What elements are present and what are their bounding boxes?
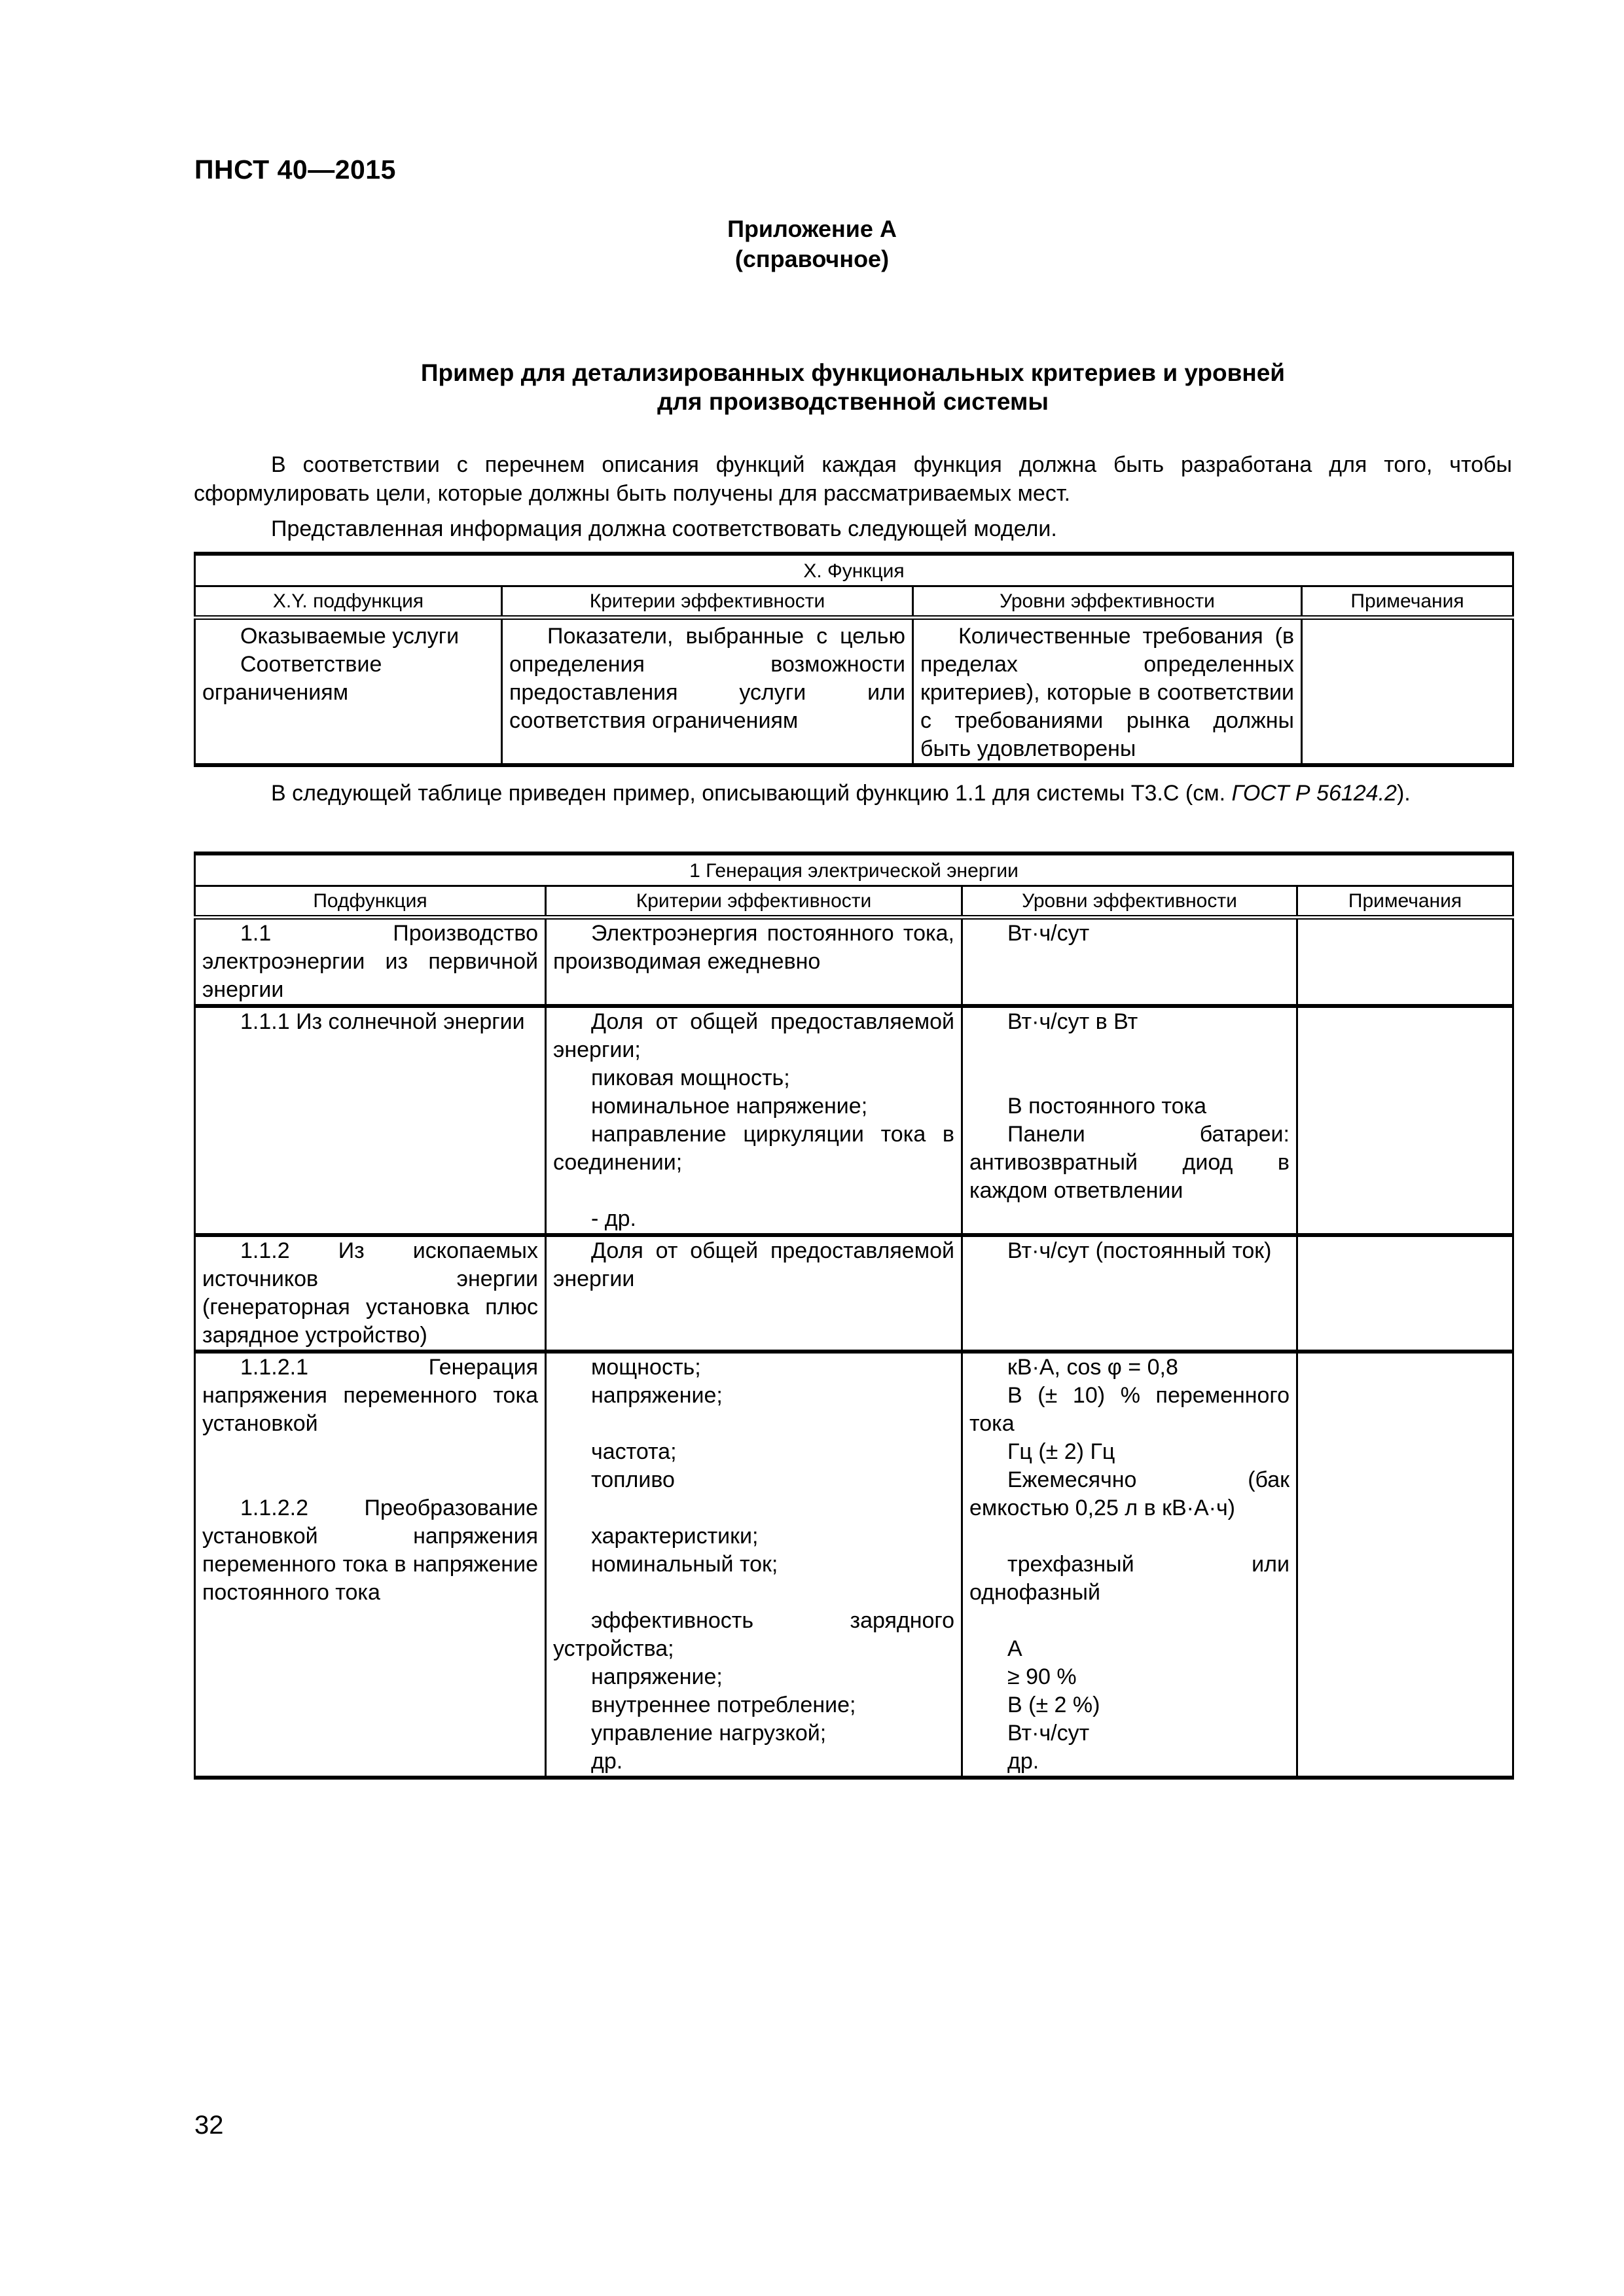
levels-item: В (± 2 %) <box>969 1691 1290 1719</box>
notes-cell <box>1297 918 1513 1007</box>
notes-cell <box>1297 1006 1513 1235</box>
model-table: X. Функция X.Y. подфункция Критерии эффе… <box>194 552 1514 767</box>
annex-subtitle: (справочное) <box>0 245 1624 274</box>
criteria-item: номинальный ток; <box>553 1551 954 1579</box>
levels-item: Вт·ч/сут <box>969 1719 1290 1748</box>
document-code: ПНСТ 40—2015 <box>194 154 396 185</box>
subfunction-cell: 1.1 Производство электроэнергии из перви… <box>202 920 538 1004</box>
criteria-item: эффективность зарядного устройства; <box>553 1607 954 1663</box>
criteria-item: напряжение; <box>553 1382 954 1410</box>
levels-cell: Количественные требования (в пределах оп… <box>920 622 1294 763</box>
column-header: Уровни эффективности <box>913 586 1302 618</box>
criteria-item: управление нагрузкой; <box>553 1719 954 1748</box>
generation-table: 1 Генерация электрической энергии Подфун… <box>194 852 1514 1780</box>
levels-item: др. <box>969 1748 1290 1776</box>
subfunction-cell: Соответствие ограничениям <box>202 651 494 707</box>
table-row: 1.1.2 Из ископаемых источников энергии (… <box>195 1235 1513 1352</box>
column-header: X.Y. подфункция <box>195 586 502 618</box>
criteria-item: внутреннее потребление; <box>553 1691 954 1719</box>
criteria-item: Доля от общей предоставляемой энергии; <box>553 1008 954 1064</box>
levels-item: Ежемесячно (бак емкостью 0,25 л в кВ·А·ч… <box>969 1466 1290 1522</box>
levels-item: В (± 10) % переменного тока <box>969 1382 1290 1438</box>
table-row: 1.1 Производство электроэнергии из перви… <box>195 918 1513 1007</box>
annex-title: Приложение А <box>0 215 1624 243</box>
levels-item: А <box>969 1635 1290 1663</box>
page-number: 32 <box>194 2111 224 2140</box>
column-header: Критерии эффективности <box>546 886 962 918</box>
criteria-item: - др. <box>553 1205 954 1233</box>
column-header: Критерии эффективности <box>502 586 913 618</box>
levels-item: Гц (± 2) Гц <box>969 1438 1290 1466</box>
table-caption: X. Функция <box>195 554 1513 586</box>
subfunction-cell: 1.1.2.1 Генерация напряжения переменного… <box>202 1354 538 1438</box>
levels-item: Вт·ч/сут в Вт <box>969 1008 1290 1036</box>
criteria-item: номинальное напряжение; <box>553 1092 954 1121</box>
table-caption: 1 Генерация электрической энергии <box>195 853 1513 886</box>
levels-item: Панели батареи: антивозвратный диод в ка… <box>969 1121 1290 1205</box>
paragraph-model: Представленная информация должна соответ… <box>194 514 1512 543</box>
section-title-line-2: для производственной системы <box>194 387 1512 416</box>
table-row: Оказываемые услуги Соответствие ограниче… <box>195 618 1513 766</box>
paragraph-example-text: В следующей таблице приведен пример, опи… <box>271 781 1231 806</box>
column-header: Подфункция <box>195 886 546 918</box>
table-row: 1.1.1 Из солнечной энергии Доля от общей… <box>195 1006 1513 1235</box>
table-row: 1.1.2.1 Генерация напряжения переменного… <box>195 1352 1513 1778</box>
criteria-cell: Показатели, выбранные с целью определени… <box>509 622 905 735</box>
levels-cell: Вт·ч/сут (постоянный ток) <box>969 1237 1290 1265</box>
criteria-item: направление циркуляции тока в соединении… <box>553 1121 954 1177</box>
paragraph-intro: В соответствии с перечнем описания функц… <box>194 450 1512 508</box>
subfunction-cell: Оказываемые услуги <box>202 622 494 651</box>
criteria-item: пиковая мощность; <box>553 1064 954 1092</box>
criteria-cell: Электроэнергия постоянного тока, произво… <box>553 920 954 976</box>
criteria-item: частота; <box>553 1438 954 1466</box>
criteria-cell: Доля от общей предоставляемой энергии <box>553 1237 954 1293</box>
section-title-line-1: Пример для детализированных функциональн… <box>194 359 1512 387</box>
paragraph-example-suffix: ). <box>1397 781 1411 806</box>
column-header: Примечания <box>1297 886 1513 918</box>
notes-cell <box>1302 618 1513 766</box>
levels-item: ≥ 90 % <box>969 1663 1290 1691</box>
criteria-item: напряжение; <box>553 1663 954 1691</box>
levels-item: В постоянного тока <box>969 1092 1290 1121</box>
subfunction-cell: 1.1.1 Из солнечной энергии <box>202 1008 538 1036</box>
criteria-item: характеристики; <box>553 1522 954 1551</box>
levels-cell: Вт·ч/сут <box>969 920 1290 948</box>
criteria-item: мощность; <box>553 1354 954 1382</box>
criteria-item: др. <box>553 1748 954 1776</box>
column-header: Примечания <box>1302 586 1513 618</box>
paragraph-example: В следующей таблице приведен пример, опи… <box>194 779 1512 808</box>
levels-item: трехфазный или однофазный <box>969 1551 1290 1607</box>
section-title: Пример для детализированных функциональн… <box>194 359 1512 416</box>
subfunction-cell: 1.1.2.2 Преобразование установкой напряж… <box>202 1494 538 1607</box>
notes-cell <box>1297 1235 1513 1352</box>
column-header: Уровни эффективности <box>962 886 1297 918</box>
levels-item: кВ·А, cos φ = 0,8 <box>969 1354 1290 1382</box>
criteria-item: топливо <box>553 1466 954 1494</box>
standard-reference: ГОСТ Р 56124.2 <box>1231 781 1396 806</box>
subfunction-cell: 1.1.2 Из ископаемых источников энергии (… <box>202 1237 538 1350</box>
notes-cell <box>1297 1352 1513 1778</box>
